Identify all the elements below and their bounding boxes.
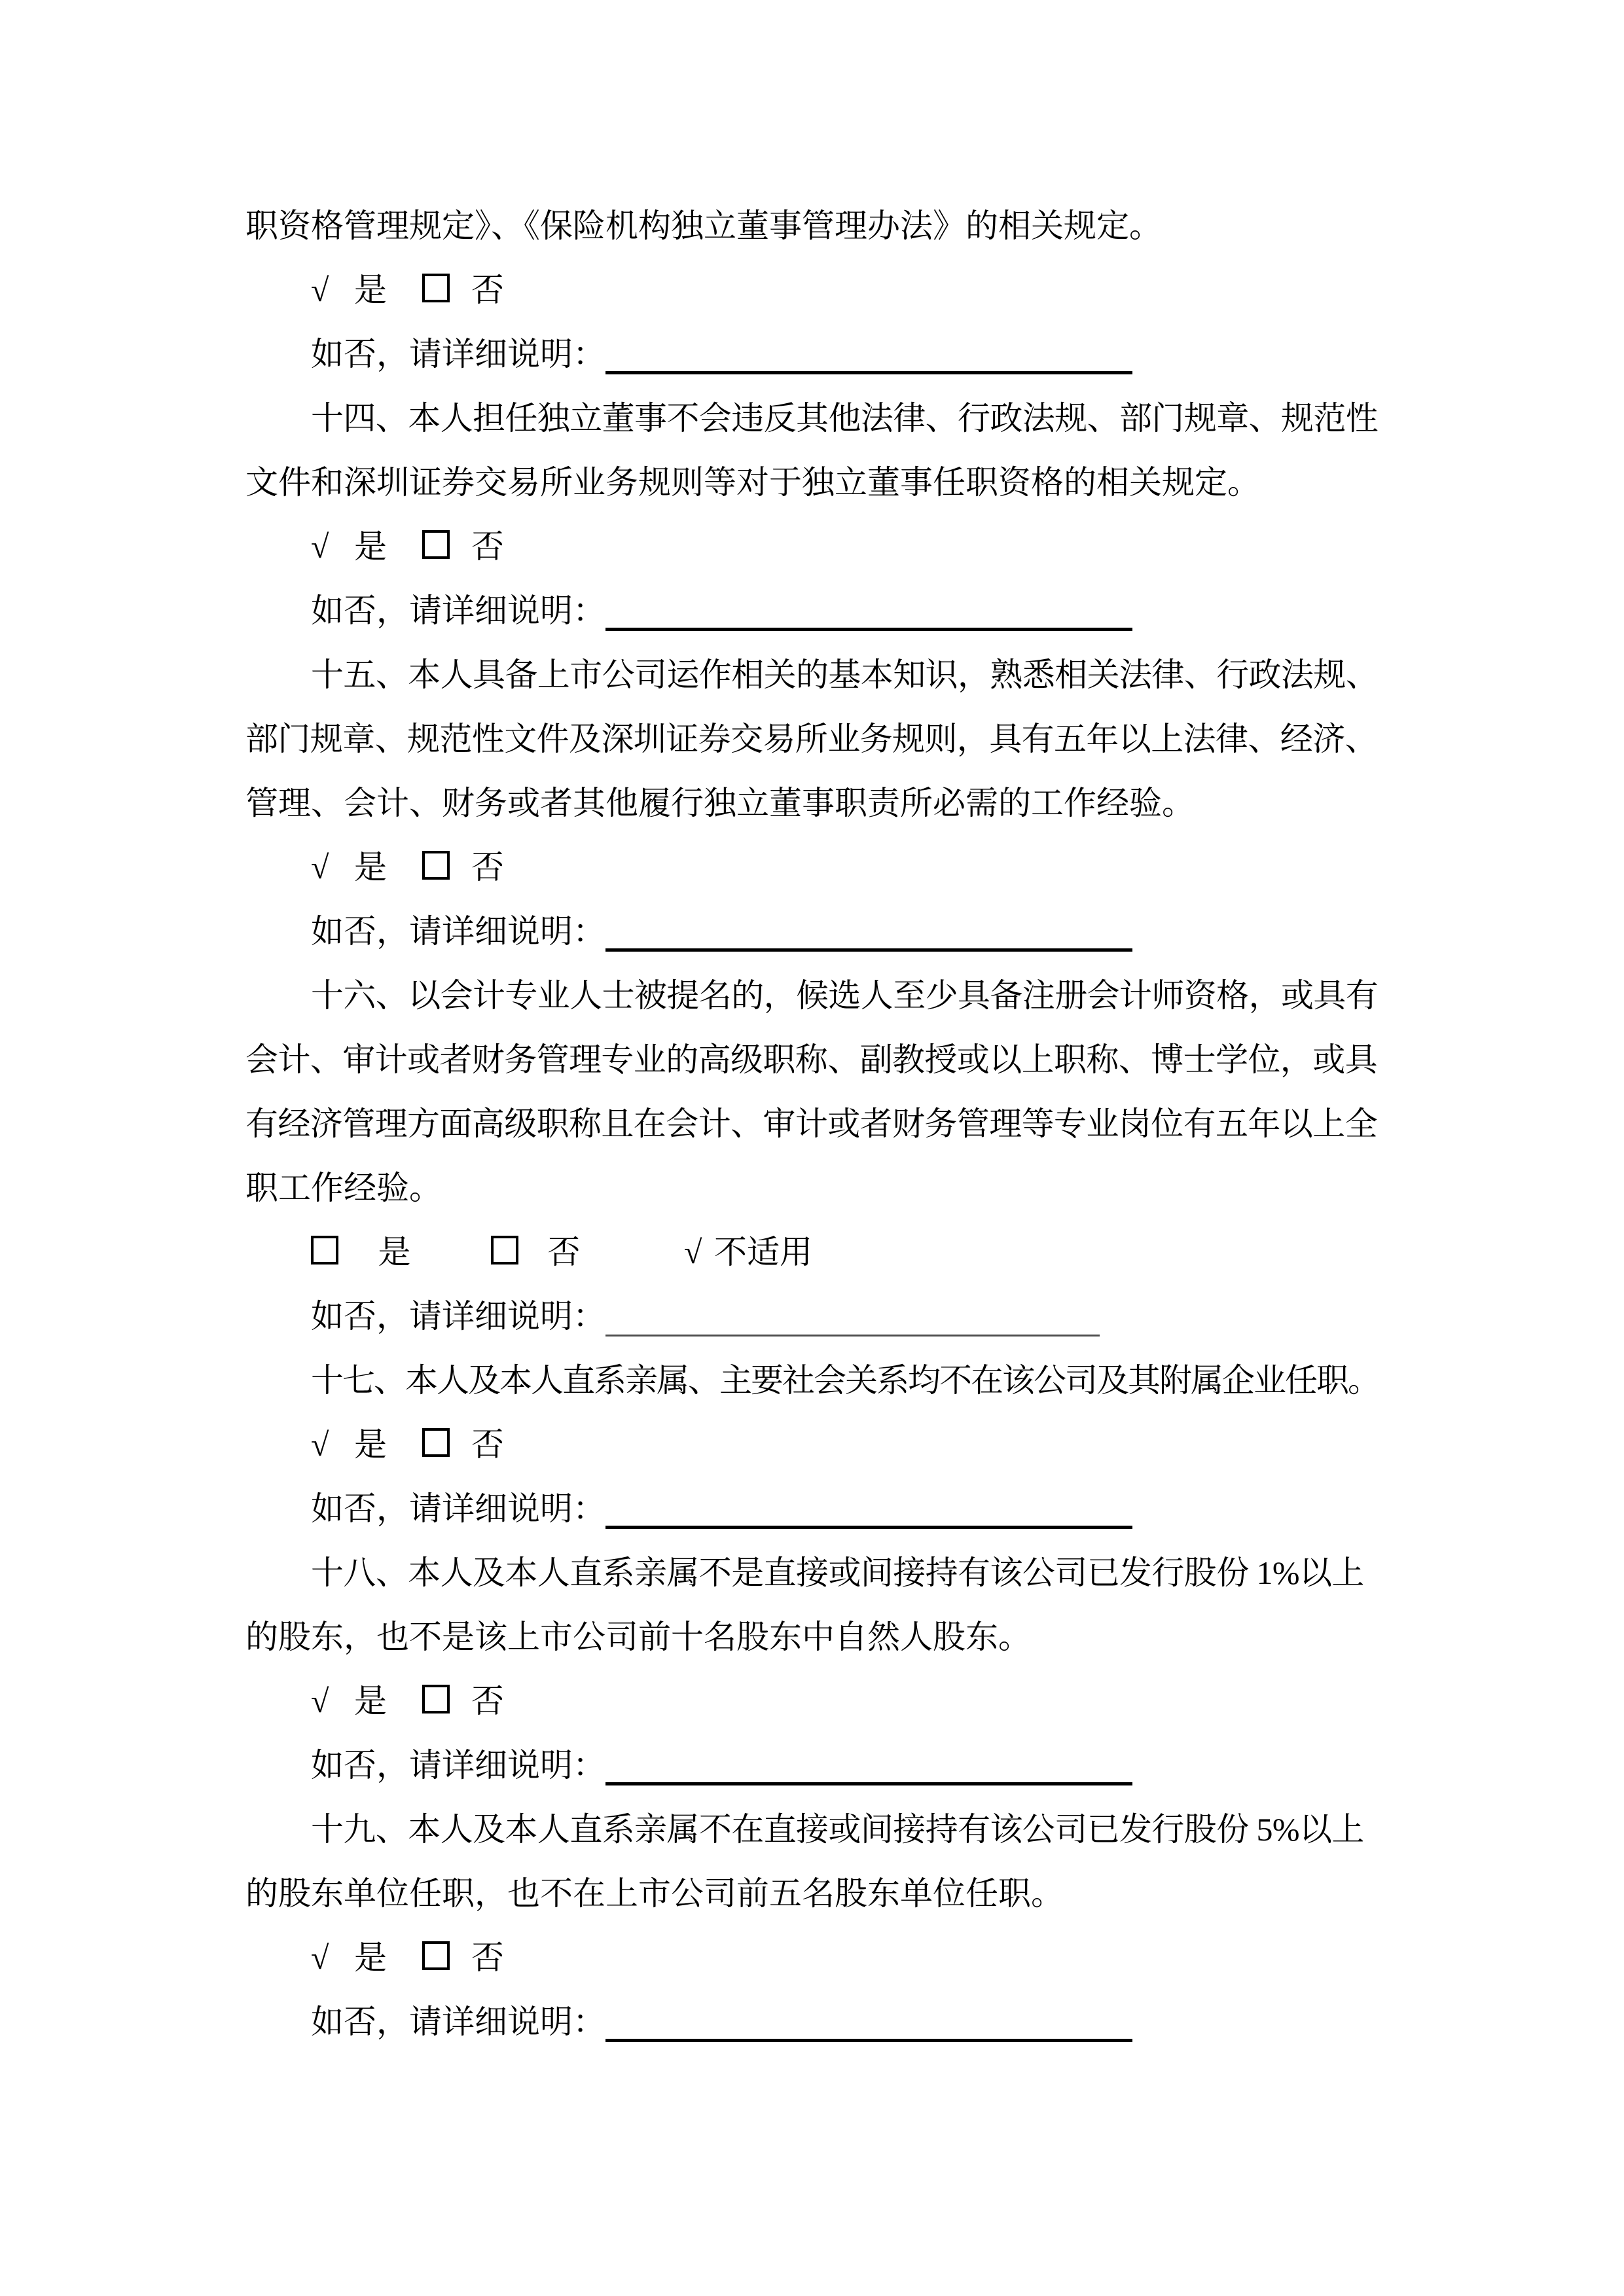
item-15-line: 十五、本人具备上市公司运作相关的基本知识，熟悉相关法律、行政法规、: [245, 643, 1381, 707]
if-no-prompt: 如否，请详细说明：: [311, 1747, 605, 1784]
no-label: 否: [471, 849, 504, 886]
checkbox-no-icon[interactable]: [491, 1236, 518, 1265]
explanation-blank[interactable]: [605, 2039, 1132, 2042]
item-13-options-row: √ 是 否: [245, 258, 1381, 322]
item-16-line: 职工作经验。: [245, 1156, 1381, 1220]
yes-label: 是: [354, 272, 387, 308]
intro-continuation-line: 职资格管理规定》、《保险机构独立董事管理办法》的相关规定。: [245, 194, 1381, 258]
document-page: 职资格管理规定》、《保险机构独立董事管理办法》的相关规定。 √ 是 否 如否，请…: [0, 0, 1624, 2296]
item-17-options-row: √ 是 否: [245, 1412, 1381, 1477]
no-label: 否: [471, 1683, 504, 1719]
not-applicable-label: 不适用: [714, 1234, 812, 1270]
item-19-explanation-row: 如否，请详细说明：: [245, 1990, 1381, 2054]
yes-label: 是: [378, 1234, 411, 1270]
item-19-line: 十九、本人及本人直系亲属不在直接或间接持有该公司已发行股份 5%以上: [245, 1797, 1381, 1861]
if-no-prompt: 如否，请详细说明：: [311, 592, 605, 629]
no-label: 否: [471, 1426, 504, 1463]
if-no-prompt: 如否，请详细说明：: [311, 1490, 605, 1527]
item-14-options-row: √ 是 否: [245, 514, 1381, 579]
checkbox-no-icon[interactable]: [422, 1685, 450, 1713]
item-18-options-row: √ 是 否: [245, 1669, 1381, 1733]
explanation-blank[interactable]: [605, 1782, 1132, 1785]
explanation-blank[interactable]: [605, 628, 1132, 631]
item-18-line: 十八、本人及本人直系亲属不是直接或间接持有该公司已发行股份 1%以上: [245, 1541, 1381, 1605]
check-icon: √: [311, 1426, 329, 1463]
no-label: 否: [548, 1234, 581, 1270]
check-icon: √: [311, 1939, 329, 1976]
checkbox-no-icon[interactable]: [422, 851, 450, 880]
item-15-explanation-row: 如否，请详细说明：: [245, 899, 1381, 963]
checkbox-no-icon[interactable]: [422, 1941, 450, 1970]
item-14-line: 十四、本人担任独立董事不会违反其他法律、行政法规、部门规章、规范性: [245, 386, 1381, 450]
explanation-blank[interactable]: [605, 1335, 1100, 1336]
checkbox-no-icon[interactable]: [422, 1428, 450, 1457]
check-icon: √: [311, 1683, 329, 1719]
yes-label: 是: [354, 1426, 387, 1463]
item-16-options-row: 是 否 √ 不适用: [245, 1220, 1381, 1284]
item-15-line: 部门规章、规范性文件及深圳证券交易所业务规则，具有五年以上法律、经济、: [245, 707, 1381, 771]
item-14-line: 文件和深圳证券交易所业务规则等对于独立董事任职资格的相关规定。: [245, 450, 1381, 514]
no-label: 否: [471, 272, 504, 308]
item-15-line: 管理、会计、财务或者其他履行独立董事职责所必需的工作经验。: [245, 771, 1381, 835]
item-17-line: 十七、本人及本人直系亲属、主要社会关系均不在该公司及其附属企业任职。: [245, 1348, 1381, 1412]
item-19-line: 的股东单位任职，也不在上市公司前五名股东单位任职。: [245, 1861, 1381, 1926]
checkbox-no-icon[interactable]: [422, 530, 450, 559]
yes-label: 是: [354, 1939, 387, 1976]
item-15-options-row: √ 是 否: [245, 835, 1381, 899]
check-icon: √: [311, 849, 329, 886]
check-icon: √: [311, 272, 329, 308]
item-17-explanation-row: 如否，请详细说明：: [245, 1477, 1381, 1541]
check-icon: √: [311, 528, 329, 565]
item-16-line: 有经济管理方面高级职称且在会计、审计或者财务管理等专业岗位有五年以上全: [245, 1092, 1381, 1156]
item-18-line: 的股东，也不是该上市公司前十名股东中自然人股东。: [245, 1605, 1381, 1669]
if-no-prompt: 如否，请详细说明：: [311, 1298, 605, 1335]
yes-label: 是: [354, 849, 387, 886]
if-no-prompt: 如否，请详细说明：: [311, 913, 605, 950]
check-icon: √: [684, 1234, 702, 1270]
item-14-explanation-row: 如否，请详细说明：: [245, 579, 1381, 643]
yes-label: 是: [354, 1683, 387, 1719]
no-label: 否: [471, 1939, 504, 1976]
checkbox-yes-icon[interactable]: [311, 1236, 338, 1265]
explanation-blank[interactable]: [605, 948, 1132, 952]
explanation-blank[interactable]: [605, 371, 1132, 374]
item-19-options-row: √ 是 否: [245, 1926, 1381, 1990]
if-no-prompt: 如否，请详细说明：: [311, 336, 605, 372]
document-content: 职资格管理规定》、《保险机构独立董事管理办法》的相关规定。 √ 是 否 如否，请…: [245, 194, 1381, 2054]
if-no-prompt: 如否，请详细说明：: [311, 2003, 605, 2040]
yes-label: 是: [354, 528, 387, 565]
explanation-blank[interactable]: [605, 1526, 1132, 1529]
no-label: 否: [471, 528, 504, 565]
item-16-line: 十六、以会计专业人士被提名的，候选人至少具备注册会计师资格，或具有: [245, 963, 1381, 1028]
item-13-explanation-row: 如否，请详细说明：: [245, 322, 1381, 386]
item-16-line: 会计、审计或者财务管理专业的高级职称、副教授或以上职称、博士学位，或具: [245, 1028, 1381, 1092]
checkbox-no-icon[interactable]: [422, 274, 450, 302]
item-18-explanation-row: 如否，请详细说明：: [245, 1733, 1381, 1797]
item-16-explanation-row: 如否，请详细说明：: [245, 1284, 1381, 1348]
